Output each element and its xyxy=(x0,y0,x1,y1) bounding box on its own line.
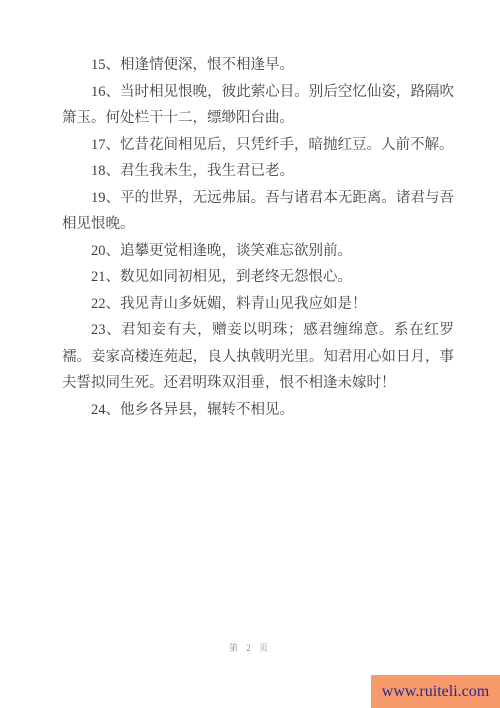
quote-item-21: 21、数见如同初相见，到老终无怨恨心。 xyxy=(62,264,454,291)
quote-item-17: 17、忆昔花间相见后，只凭纤手，暗抛红豆。人前不解。 xyxy=(62,132,454,159)
quote-item-15: 15、相逢情便深，恨不相逢早。 xyxy=(62,52,454,79)
quote-item-19: 19、平的世界，无远弗届。吾与诸君本无距离。诸君与吾相见恨晚。 xyxy=(62,185,454,238)
page-number-footer: 第 2 页 xyxy=(0,641,500,654)
quote-item-23: 23、君知妾有夫，赠妾以明珠；感君缠绵意。系在红罗襦。妾家高楼连苑起，良人执戟明… xyxy=(62,317,454,397)
quote-item-18: 18、君生我未生，我生君已老。 xyxy=(62,158,454,185)
website-watermark-banner[interactable]: www.ruiteli.com xyxy=(371,675,500,708)
quote-item-16: 16、当时相见恨晚，彼此萦心目。别后空忆仙姿，路隔吹箫玉。何处栏干十二，缥缈阳台… xyxy=(62,79,454,132)
document-page: 15、相逢情便深，恨不相逢早。 16、当时相见恨晚，彼此萦心目。别后空忆仙姿，路… xyxy=(0,0,500,708)
document-body: 15、相逢情便深，恨不相逢早。 16、当时相见恨晚，彼此萦心目。别后空忆仙姿，路… xyxy=(62,52,454,423)
website-url-text: www.ruiteli.com xyxy=(382,683,489,701)
quote-item-20: 20、追攀更觉相逢晚，谈笑难忘欲别前。 xyxy=(62,238,454,265)
quote-item-24: 24、他乡各异县，辗转不相见。 xyxy=(62,397,454,424)
quote-item-22: 22、我见青山多妩媚，料青山见我应如是！ xyxy=(62,291,454,318)
